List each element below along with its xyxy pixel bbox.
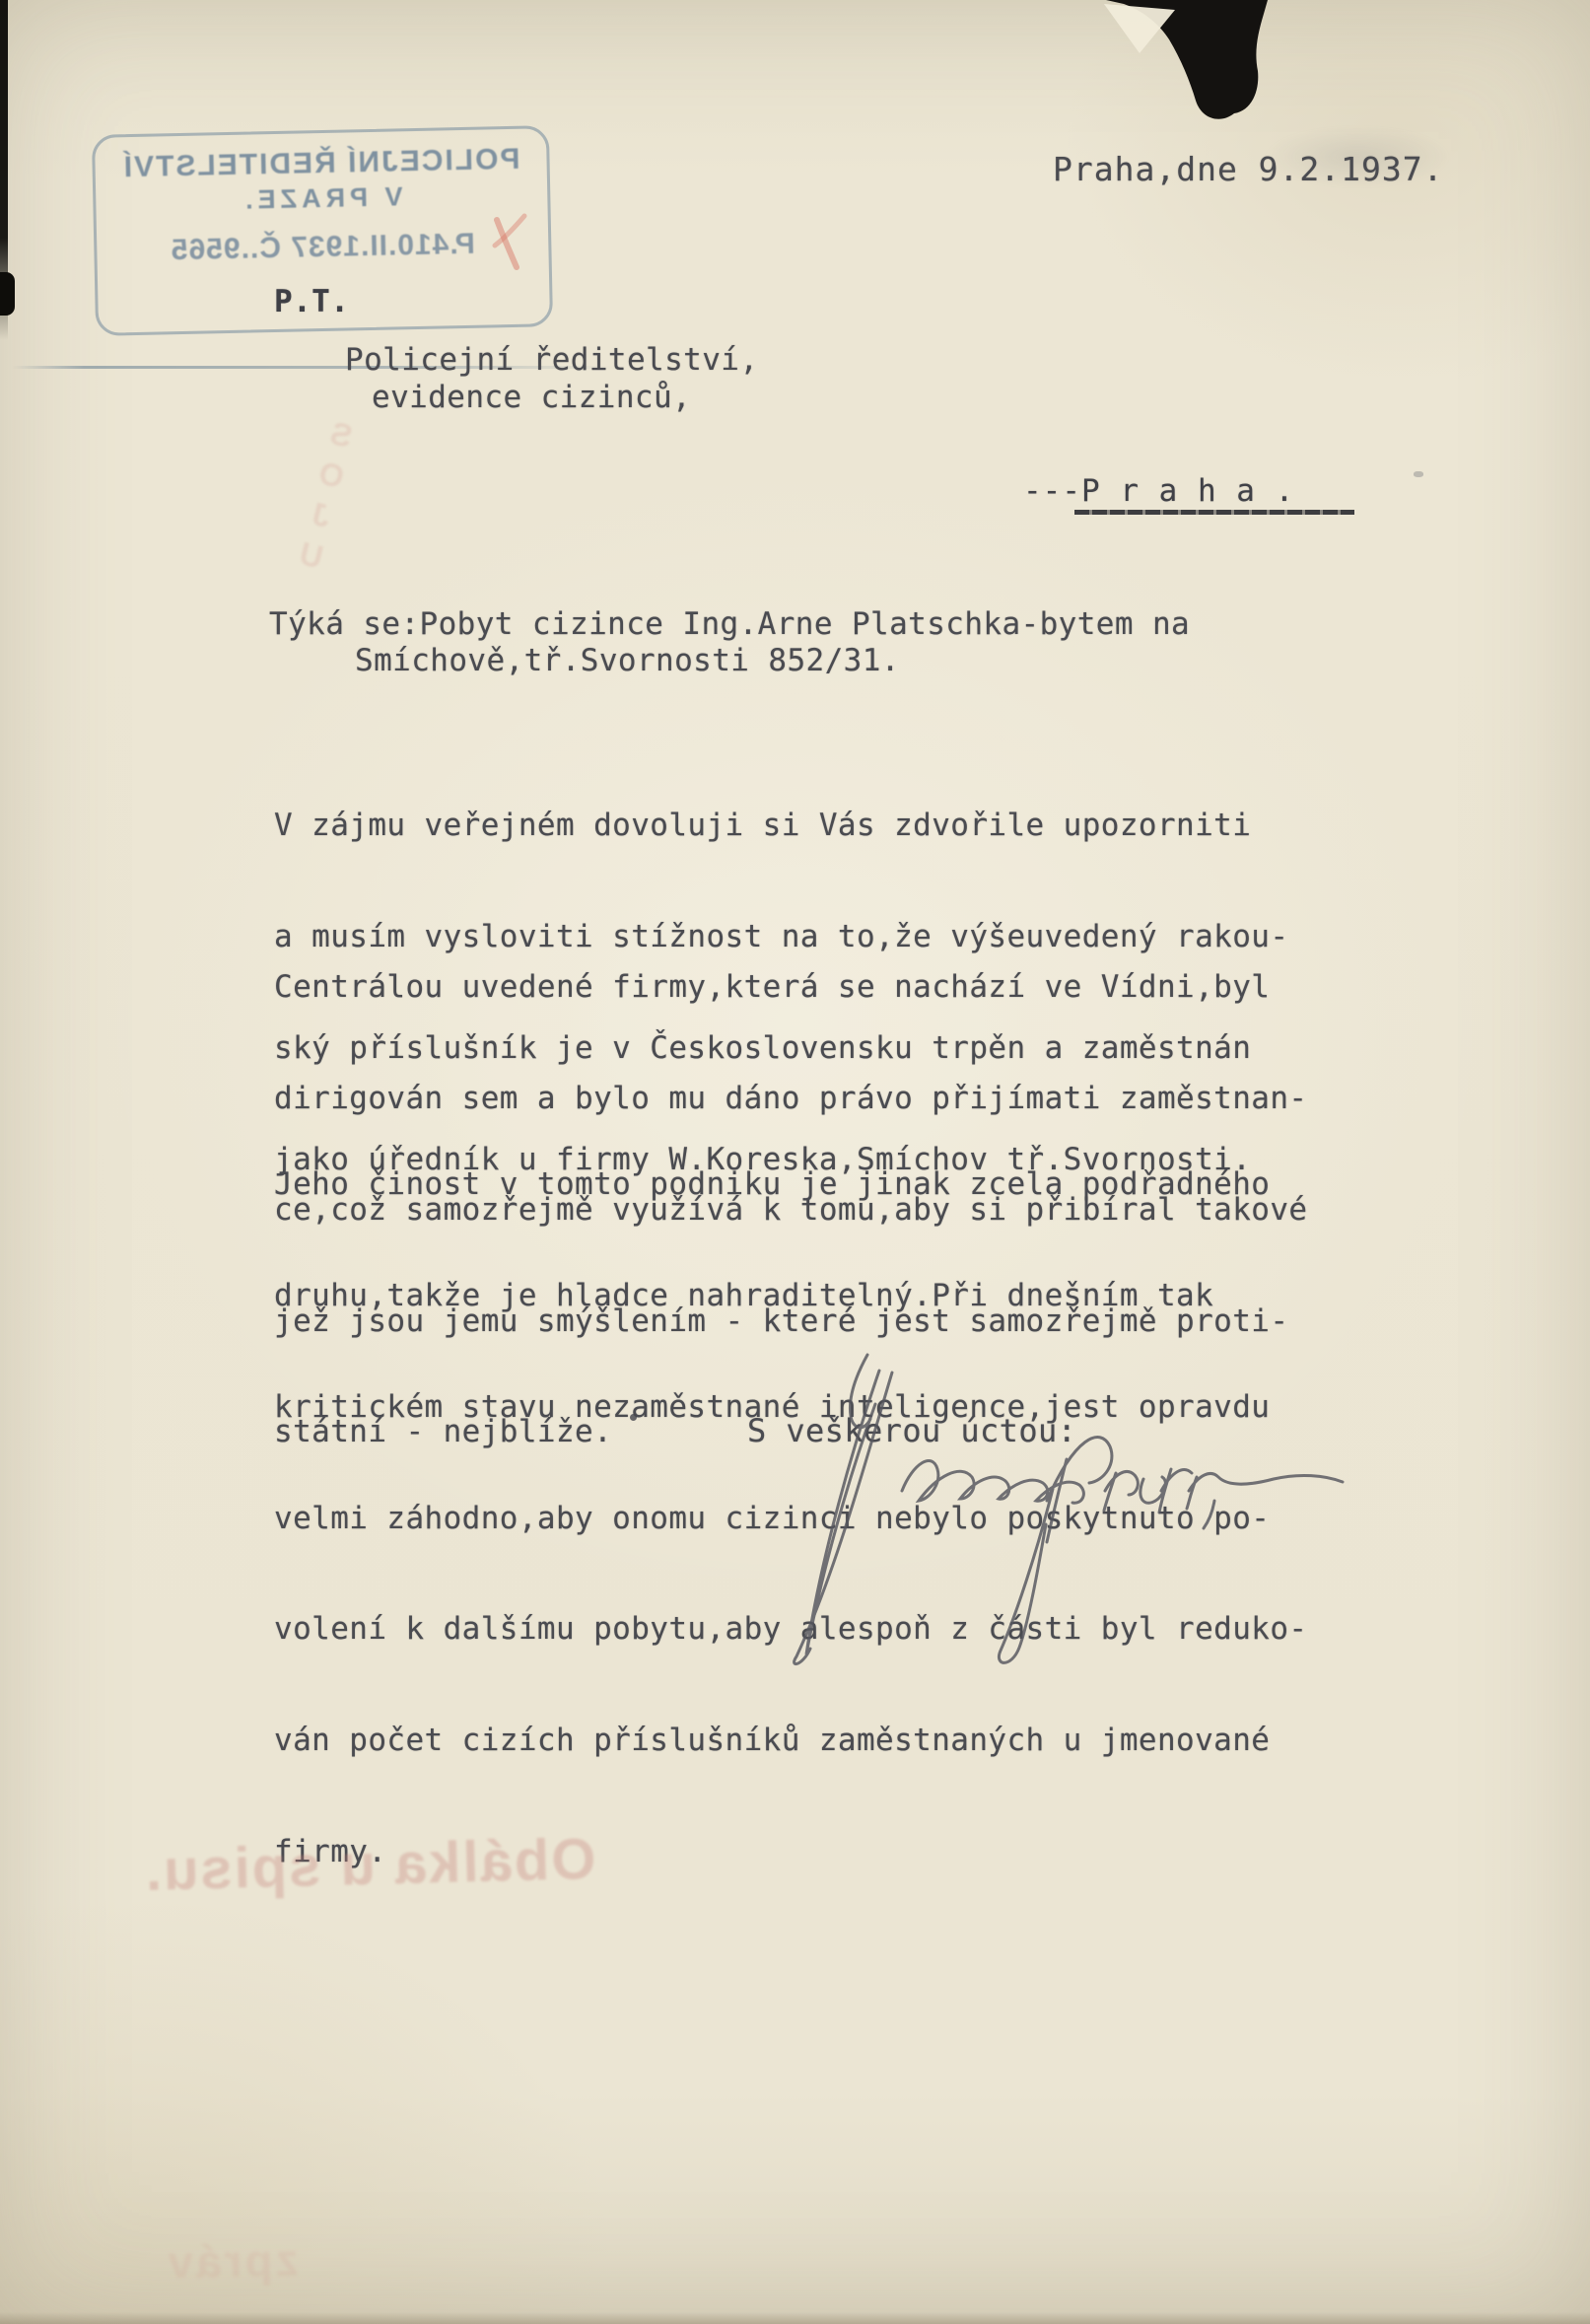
salutation: P.T. — [274, 284, 349, 319]
city-line: ---P r a h a . — [1023, 473, 1294, 509]
addressee-line2: evidence cizinců, — [372, 380, 691, 415]
text-line: Centrálou uvedené firmy,která se nachází… — [274, 969, 1308, 1007]
ink-blot-artifact — [1084, 0, 1272, 133]
date-line: Praha,dne 9.2.1937. — [1053, 150, 1444, 188]
city-underline — [1074, 510, 1354, 515]
registry-stamp-line1: POLICEJNÍ ŘEDITELSTVÍ — [95, 142, 547, 185]
ink-speck — [1414, 471, 1423, 477]
letter-page: POLICEJNÍ ŘEDITELSTVÍ V PRAZE. P.410.II.… — [0, 0, 1590, 2324]
verso-stamp-fragment-bottom: zpráv — [69, 2231, 395, 2290]
red-pencil-mark — [473, 202, 552, 281]
text-line: ván počet cizích příslušníků zaměstnanýc… — [274, 1723, 1308, 1760]
ink-speck — [630, 1414, 637, 1421]
handwritten-signature — [720, 1343, 1370, 1668]
text-line: Jeho činost v tomto podniku je jinak zce… — [274, 1166, 1308, 1204]
text-line: druhu,takže je hladce nahraditelný.Při d… — [274, 1278, 1308, 1315]
subject-line1: Týká se:Pobyt cizince Ing.Arne Platschka… — [269, 606, 1190, 642]
scan-edge-notch — [0, 272, 15, 316]
addressee-line1: Policejní ředitelství, — [345, 342, 758, 378]
text-line: V zájmu veřejném dovoluji si Vás zdvořil… — [274, 808, 1288, 845]
verso-stamp-fragment-diagonal: SOJU — [288, 413, 371, 587]
scan-bottom-edge — [0, 2312, 1590, 2324]
subject-line2: Smíchově,tř.Svornosti 852/31. — [355, 643, 900, 678]
